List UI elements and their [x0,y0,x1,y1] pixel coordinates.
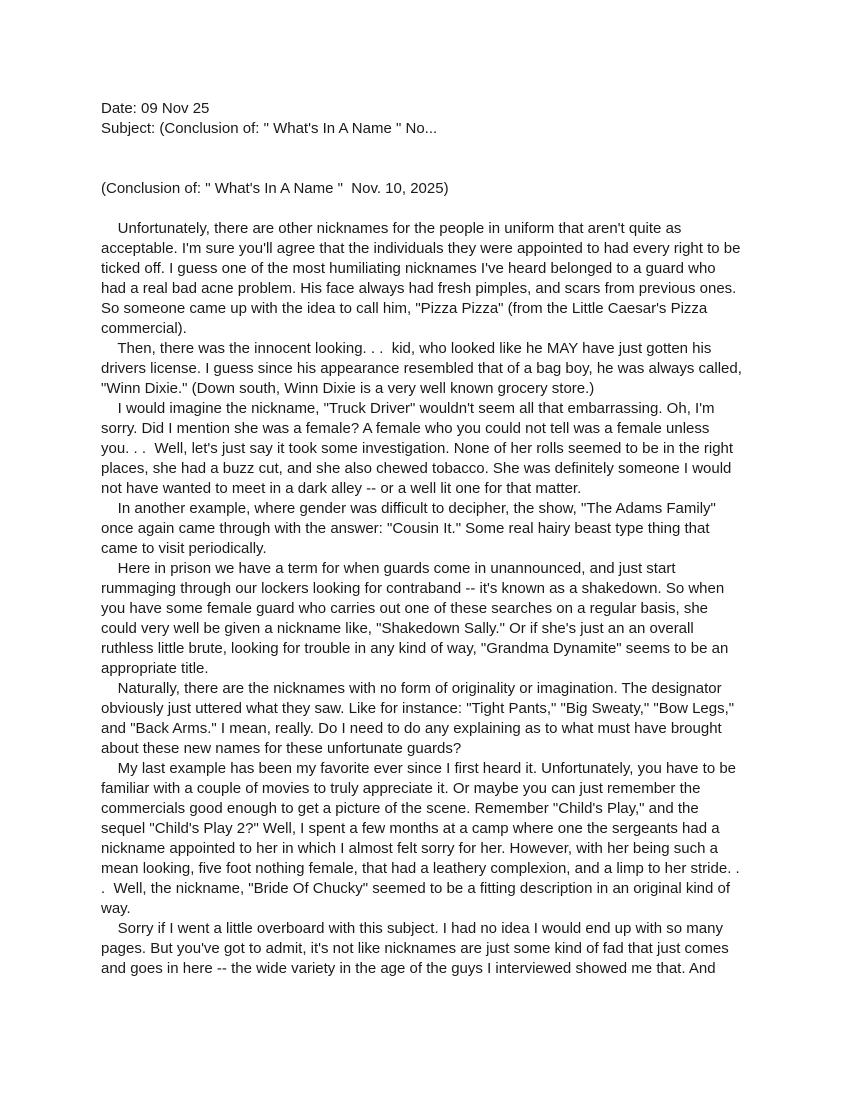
paragraph-line: . Well, the nickname, "Bride Of Chucky" … [101,879,781,899]
paragraph-line: ticked off. I guess one of the most humi… [101,259,781,279]
paragraph-line: way. [101,899,781,919]
paragraph-line: So someone came up with the idea to call… [101,299,781,319]
paragraph-line: My last example has been my favorite eve… [101,759,781,779]
paragraph-line: pages. But you've got to admit, it's not… [101,939,781,959]
spacer [101,139,781,179]
paragraph-line: In another example, where gender was dif… [101,499,781,519]
paragraph-line: mean looking, five foot nothing female, … [101,859,781,879]
paragraph-line: and goes in here -- the wide variety in … [101,959,781,979]
paragraph-line: commercial). [101,319,781,339]
paragraph-line: Sorry if I went a little overboard with … [101,919,781,939]
paragraph: Unfortunately, there are other nicknames… [101,219,781,339]
paragraph-line: could very well be given a nickname like… [101,619,781,639]
paragraph-line: rummaging through our lockers looking fo… [101,579,781,599]
paragraph-line: obviously just uttered what they saw. Li… [101,699,781,719]
paragraph-line: Unfortunately, there are other nicknames… [101,219,781,239]
paragraph: My last example has been my favorite eve… [101,759,781,919]
paragraph-line: places, she had a buzz cut, and she also… [101,459,781,479]
paragraph-line: nickname appointed to her in which I alm… [101,839,781,859]
paragraph-line: commercials good enough to get a picture… [101,799,781,819]
document-title: (Conclusion of: " What's In A Name " Nov… [101,179,781,199]
paragraph-line: had a real bad acne problem. His face al… [101,279,781,299]
document-body: Unfortunately, there are other nicknames… [101,219,781,979]
paragraph: Then, there was the innocent looking. . … [101,339,781,399]
spacer [101,199,781,219]
subject-line: Subject: (Conclusion of: " What's In A N… [101,119,781,139]
paragraph: Naturally, there are the nicknames with … [101,679,781,759]
paragraph: In another example, where gender was dif… [101,499,781,559]
paragraph: Here in prison we have a term for when g… [101,559,781,679]
paragraph-line: ruthless little brute, looking for troub… [101,639,781,659]
paragraph-line: came to visit periodically. [101,539,781,559]
paragraph-line: appropriate title. [101,659,781,679]
paragraph-line: acceptable. I'm sure you'll agree that t… [101,239,781,259]
document-page: Date: 09 Nov 25 Subject: (Conclusion of:… [101,99,781,979]
paragraph-line: familiar with a couple of movies to trul… [101,779,781,799]
date-line: Date: 09 Nov 25 [101,99,781,119]
paragraph-line: Here in prison we have a term for when g… [101,559,781,579]
paragraph-line: and "Back Arms." I mean, really. Do I ne… [101,719,781,739]
paragraph-line: you. . . Well, let's just say it took so… [101,439,781,459]
paragraph-line: drivers license. I guess since his appea… [101,359,781,379]
paragraph: I would imagine the nickname, "Truck Dri… [101,399,781,499]
paragraph-line: you have some female guard who carries o… [101,599,781,619]
paragraph-line: sequel "Child's Play 2?" Well, I spent a… [101,819,781,839]
paragraph: Sorry if I went a little overboard with … [101,919,781,979]
paragraph-line: not have wanted to meet in a dark alley … [101,479,781,499]
paragraph-line: I would imagine the nickname, "Truck Dri… [101,399,781,419]
paragraph-line: about these new names for these unfortun… [101,739,781,759]
paragraph-line: "Winn Dixie." (Down south, Winn Dixie is… [101,379,781,399]
paragraph-line: sorry. Did I mention she was a female? A… [101,419,781,439]
paragraph-line: Naturally, there are the nicknames with … [101,679,781,699]
paragraph-line: once again came through with the answer:… [101,519,781,539]
paragraph-line: Then, there was the innocent looking. . … [101,339,781,359]
